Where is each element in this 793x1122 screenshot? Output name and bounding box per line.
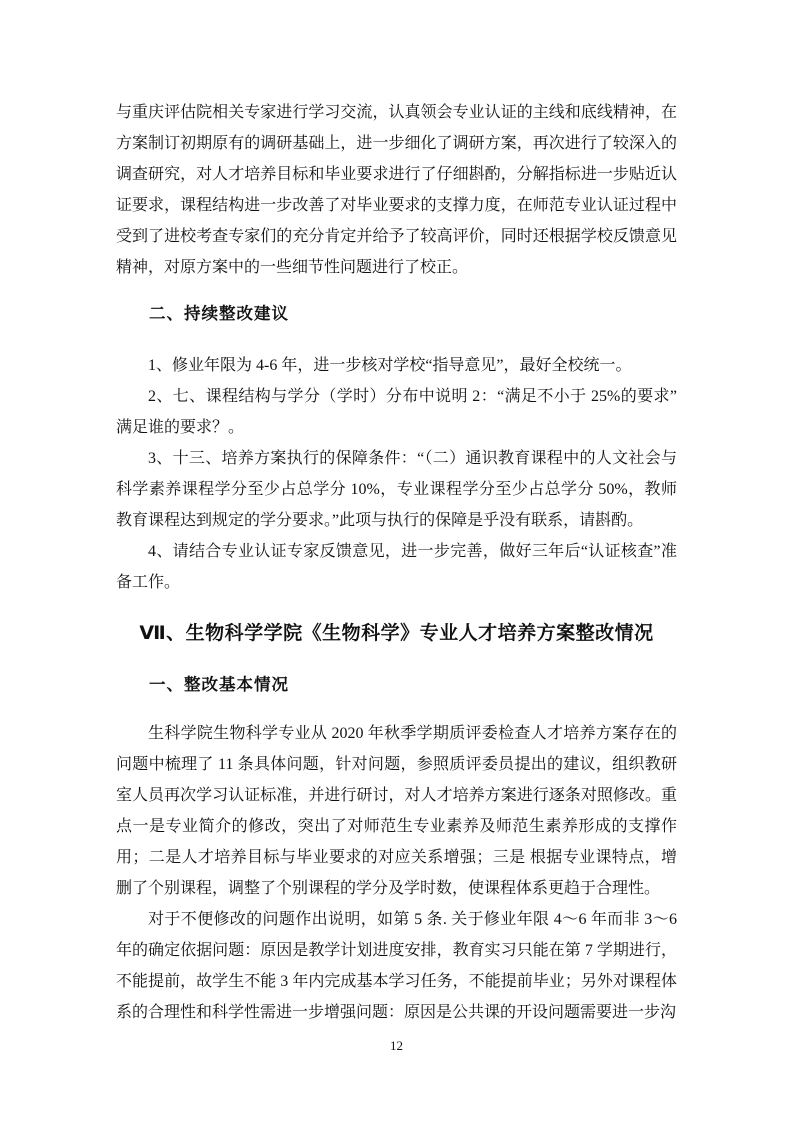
body-paragraph-rectification-overview: 生科学院生物科学专业从 2020 年秋季学期质评委检查人才培养方案存在的问题中梳…	[116, 718, 677, 904]
suggestion-item-1: 1、修业年限为 4-6 年，进一步核对学校“指导意见”，最好全校统一。	[116, 350, 677, 381]
body-paragraph-explanations: 对于不便修改的问题作出说明，如第 5 条. 关于修业年限 4～6 年而非 3～6…	[116, 904, 677, 1028]
page-number: 12	[0, 1038, 793, 1054]
continuation-paragraph: 与重庆评估院相关专家进行学习交流，认真领会专业认证的主线和底线精神，在方案制订初…	[116, 97, 677, 283]
suggestion-item-4: 4、请结合专业认证专家反馈意见，进一步完善，做好三年后“认证核查”准备工作。	[116, 536, 677, 598]
suggestion-item-2: 2、七、课程结构与学分（学时）分布中说明 2：“满足不小于 25%的要求”满足谁…	[116, 381, 677, 443]
section-heading-continuous-improvement: 二、持续整改建议	[116, 299, 677, 330]
chapter-title-biology: Ⅶ、生物科学学院《生物科学》专业人才培养方案整改情况	[116, 616, 677, 652]
document-content: 与重庆评估院相关专家进行学习交流，认真领会专业认证的主线和底线精神，在方案制订初…	[116, 97, 677, 1028]
suggestion-item-3: 3、十三、培养方案执行的保障条件：“（二）通识教育课程中的人文社会与科学素养课程…	[116, 443, 677, 536]
document-page: 与重庆评估院相关专家进行学习交流，认真领会专业认证的主线和底线精神，在方案制订初…	[0, 0, 793, 1122]
section-heading-rectification-basics: 一、整改基本情况	[116, 670, 677, 701]
